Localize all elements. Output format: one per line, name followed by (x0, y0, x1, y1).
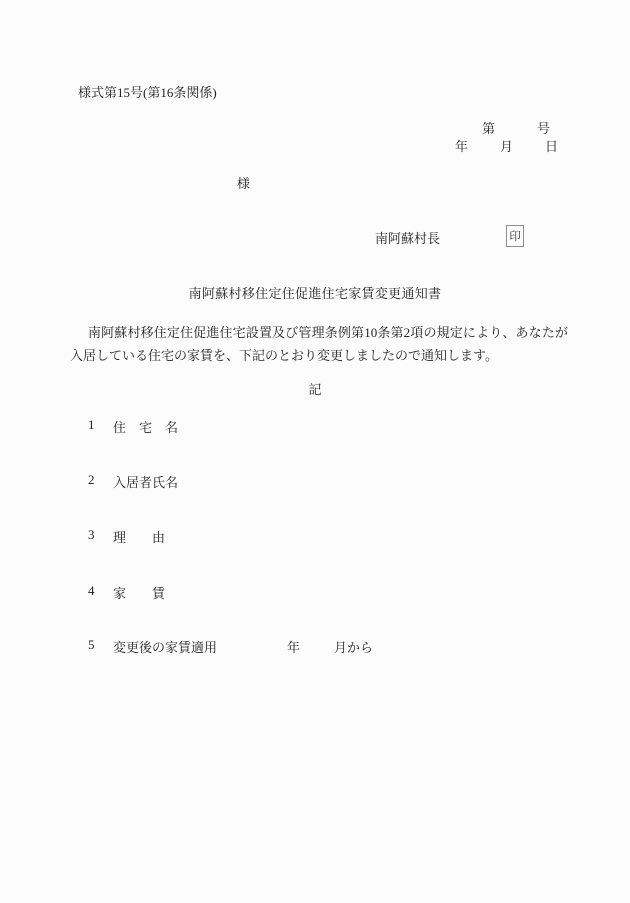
sender-name: 南阿蘇村長 (375, 228, 440, 247)
item-label: 入居者氏名 (113, 472, 178, 491)
item-row-rent: 4 家 賃 (0, 583, 630, 601)
date-day-label: 日 (545, 136, 558, 155)
item-number: 3 (88, 527, 95, 543)
item-number: 2 (88, 472, 95, 488)
item-row-rent-application-date: 5 変更後の家賃適用 年 月から (0, 637, 630, 655)
doc-number-prefix: 第 (482, 118, 495, 137)
date-year-label: 年 (455, 136, 468, 155)
item-month-label: 月から (334, 637, 373, 656)
document-page: 様式第15号(第16条関係) 第 号 年 月 日 様 南阿蘇村長 印 南阿蘇村移… (0, 0, 630, 903)
document-title: 南阿蘇村移住定住促進住宅家賃変更通知書 (0, 283, 630, 302)
item-number: 1 (88, 417, 95, 433)
record-marker: 記 (0, 379, 630, 398)
addressee-suffix: 様 (237, 173, 250, 192)
item-row-housing-name: 1 住 宅 名 (0, 417, 630, 435)
item-label: 住 宅 名 (113, 417, 178, 436)
item-number: 4 (88, 583, 95, 599)
doc-number-suffix: 号 (537, 118, 550, 137)
seal-placeholder: 印 (506, 225, 524, 247)
item-label: 理 由 (113, 527, 165, 546)
form-number: 様式第15号(第16条関係) (78, 82, 217, 101)
item-row-reason: 3 理 由 (0, 527, 630, 545)
item-label: 家 賃 (113, 583, 165, 602)
body-paragraph: 南阿蘇村移住定住促進住宅設置及び管理条例第10条第2項の規定により、あなたが入居… (70, 321, 568, 367)
item-year-label: 年 (287, 637, 300, 656)
date-month-label: 月 (500, 136, 513, 155)
item-number: 5 (88, 637, 95, 653)
item-label: 変更後の家賃適用 (113, 637, 217, 656)
item-row-resident-name: 2 入居者氏名 (0, 472, 630, 490)
